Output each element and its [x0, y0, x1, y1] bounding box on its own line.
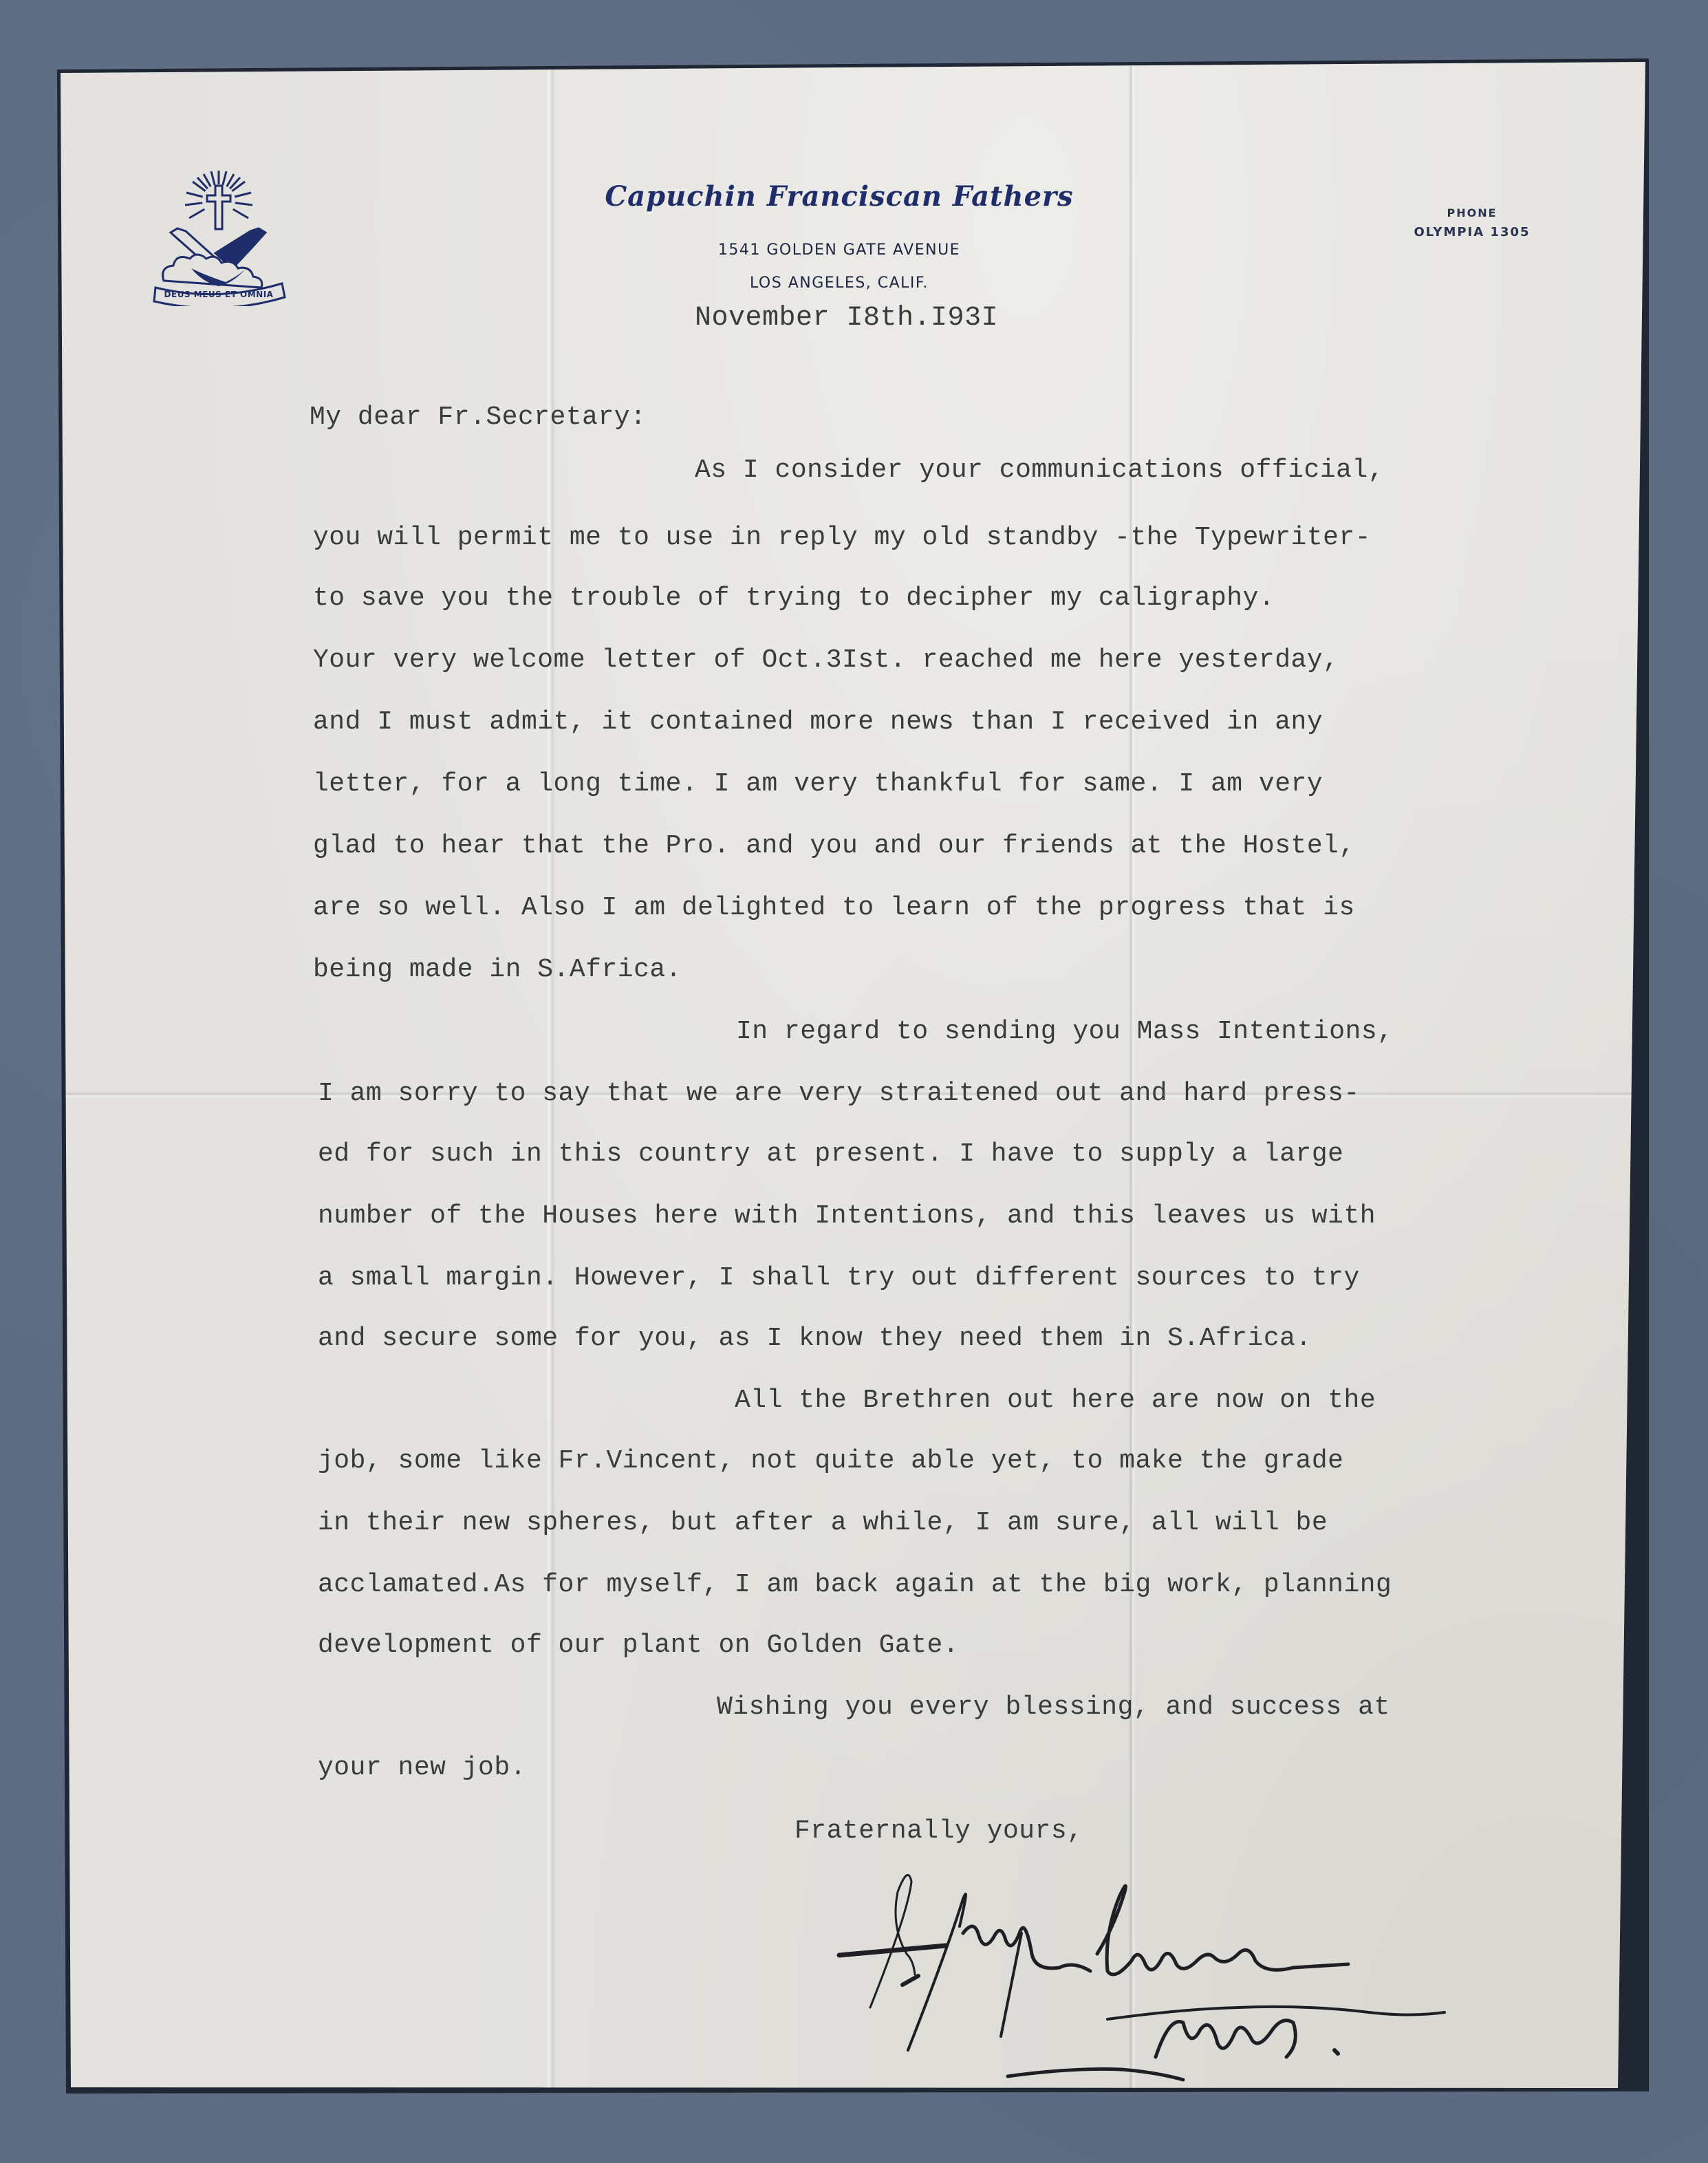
body-line: Wishing you every blessing, and success …	[717, 1692, 1390, 1722]
letterhead-address: 1541 GOLDEN GATE AVENUE LOS ANGELES, CAL…	[598, 234, 1080, 300]
phone-number: OLYMPIA 1305	[1383, 223, 1561, 242]
body-line: In regard to sending you Mass Intentions…	[736, 1017, 1393, 1046]
body-line: Your very welcome letter of Oct.3Ist. re…	[313, 645, 1339, 675]
body-line: I am sorry to say that we are very strai…	[318, 1079, 1360, 1108]
letter-date: November I8th.I93I	[695, 303, 998, 334]
handwritten-signature-icon: Fr. Joseph Demeon OMCap.	[825, 1851, 1541, 2091]
body-line: to save you the trouble of trying to dec…	[313, 583, 1275, 613]
salutation: My dear Fr.Secretary:	[310, 402, 646, 432]
body-line: and secure some for you, as I know they …	[318, 1324, 1312, 1353]
body-line: your new job.	[318, 1753, 526, 1783]
address-line-1: 1541 GOLDEN GATE AVENUE	[598, 234, 1080, 267]
body-line: in their new spheres, but after a while,…	[318, 1508, 1328, 1538]
body-line: development of our plant on Golden Gate.	[318, 1631, 959, 1660]
address-line-2: LOS ANGELES, CALIF.	[598, 267, 1080, 300]
franciscan-crest-icon: DEUS MEUS ET OMNIA	[150, 165, 288, 306]
body-line: acclamated.As for myself, I am back agai…	[318, 1570, 1392, 1600]
letterhead-phone: PHONE OLYMPIA 1305	[1383, 204, 1561, 242]
body-line: ed for such in this country at present. …	[318, 1139, 1343, 1169]
phone-label: PHONE	[1383, 204, 1561, 223]
body-line: letter, for a long time. I am very thank…	[313, 769, 1323, 799]
body-line: All the Brethren out here are now on the	[735, 1386, 1376, 1415]
body-line: As I consider your communications offici…	[695, 455, 1384, 485]
body-line: a small margin. However, I shall try out…	[318, 1263, 1360, 1293]
body-line: and I must admit, it contained more news…	[313, 707, 1323, 737]
organization-name: Capuchin Franciscan Fathers	[598, 180, 1080, 213]
body-line: being made in S.Africa.	[313, 955, 682, 984]
body-line: are so well. Also I am delighted to lear…	[313, 893, 1355, 923]
crest-motto: DEUS MEUS ET OMNIA	[164, 290, 274, 299]
body-line: number of the Houses here with Intention…	[318, 1201, 1376, 1231]
closing: Fraternally yours,	[794, 1816, 1083, 1846]
body-line: job, some like Fr.Vincent, not quite abl…	[318, 1446, 1343, 1476]
body-line: you will permit me to use in reply my ol…	[313, 523, 1371, 552]
body-line: glad to hear that the Pro. and you and o…	[313, 831, 1355, 861]
